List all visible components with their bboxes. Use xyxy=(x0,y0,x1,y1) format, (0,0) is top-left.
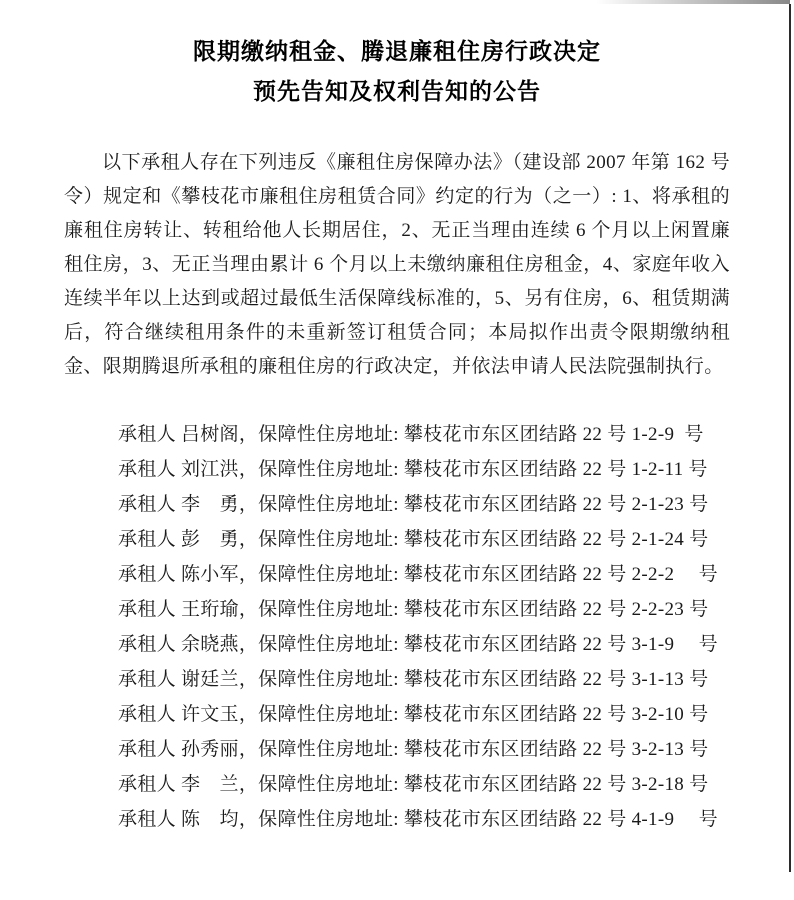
title-line-2: 预先告知及权利告知的公告 xyxy=(0,71,794,111)
tenant-row: 承租人 陈小军，保障性住房地址: 攀枝花市东区团结路 22 号 2-2-2 号 xyxy=(118,557,734,592)
document-page: 限期缴纳租金、腾退廉租住房行政决定 预先告知及权利告知的公告 以下承租人存在下列… xyxy=(0,0,794,900)
tenant-row: 承租人 许文玉，保障性住房地址: 攀枝花市东区团结路 22 号 3-2-10 号 xyxy=(118,697,734,732)
tenant-row: 承租人 余晓燕，保障性住房地址: 攀枝花市东区团结路 22 号 3-1-9 号 xyxy=(118,627,734,662)
page-edge-line xyxy=(789,4,791,872)
tenant-row: 承租人 孙秀丽，保障性住房地址: 攀枝花市东区团结路 22 号 3-2-13 号 xyxy=(118,732,734,767)
tenant-row: 承租人 彭 勇，保障性住房地址: 攀枝花市东区团结路 22 号 2-1-24 号 xyxy=(118,522,734,557)
document-title: 限期缴纳租金、腾退廉租住房行政决定 预先告知及权利告知的公告 xyxy=(0,0,794,111)
tenant-row: 承租人 王珩瑜，保障性住房地址: 攀枝花市东区团结路 22 号 2-2-23 号 xyxy=(118,592,734,627)
page-edge-shadow xyxy=(596,0,790,4)
tenant-row: 承租人 谢廷兰，保障性住房地址: 攀枝花市东区团结路 22 号 3-1-13 号 xyxy=(118,662,734,697)
notice-paragraph: 以下承租人存在下列违反《廉租住房保障办法》（建设部 2007 年第 162 号令… xyxy=(64,146,730,384)
tenant-row: 承租人 吕树阁，保障性住房地址: 攀枝花市东区团结路 22 号 1-2-9 号 xyxy=(118,417,734,452)
tenant-list: 承租人 吕树阁，保障性住房地址: 攀枝花市东区团结路 22 号 1-2-9 号 … xyxy=(118,417,734,837)
tenant-row: 承租人 刘江洪，保障性住房地址: 攀枝花市东区团结路 22 号 1-2-11 号 xyxy=(118,452,734,487)
tenant-row: 承租人 李 兰，保障性住房地址: 攀枝花市东区团结路 22 号 3-2-18 号 xyxy=(118,767,734,802)
tenant-row: 承租人 李 勇，保障性住房地址: 攀枝花市东区团结路 22 号 2-1-23 号 xyxy=(118,487,734,522)
title-line-1: 限期缴纳租金、腾退廉租住房行政决定 xyxy=(0,31,794,71)
tenant-row: 承租人 陈 均，保障性住房地址: 攀枝花市东区团结路 22 号 4-1-9 号 xyxy=(118,802,734,837)
